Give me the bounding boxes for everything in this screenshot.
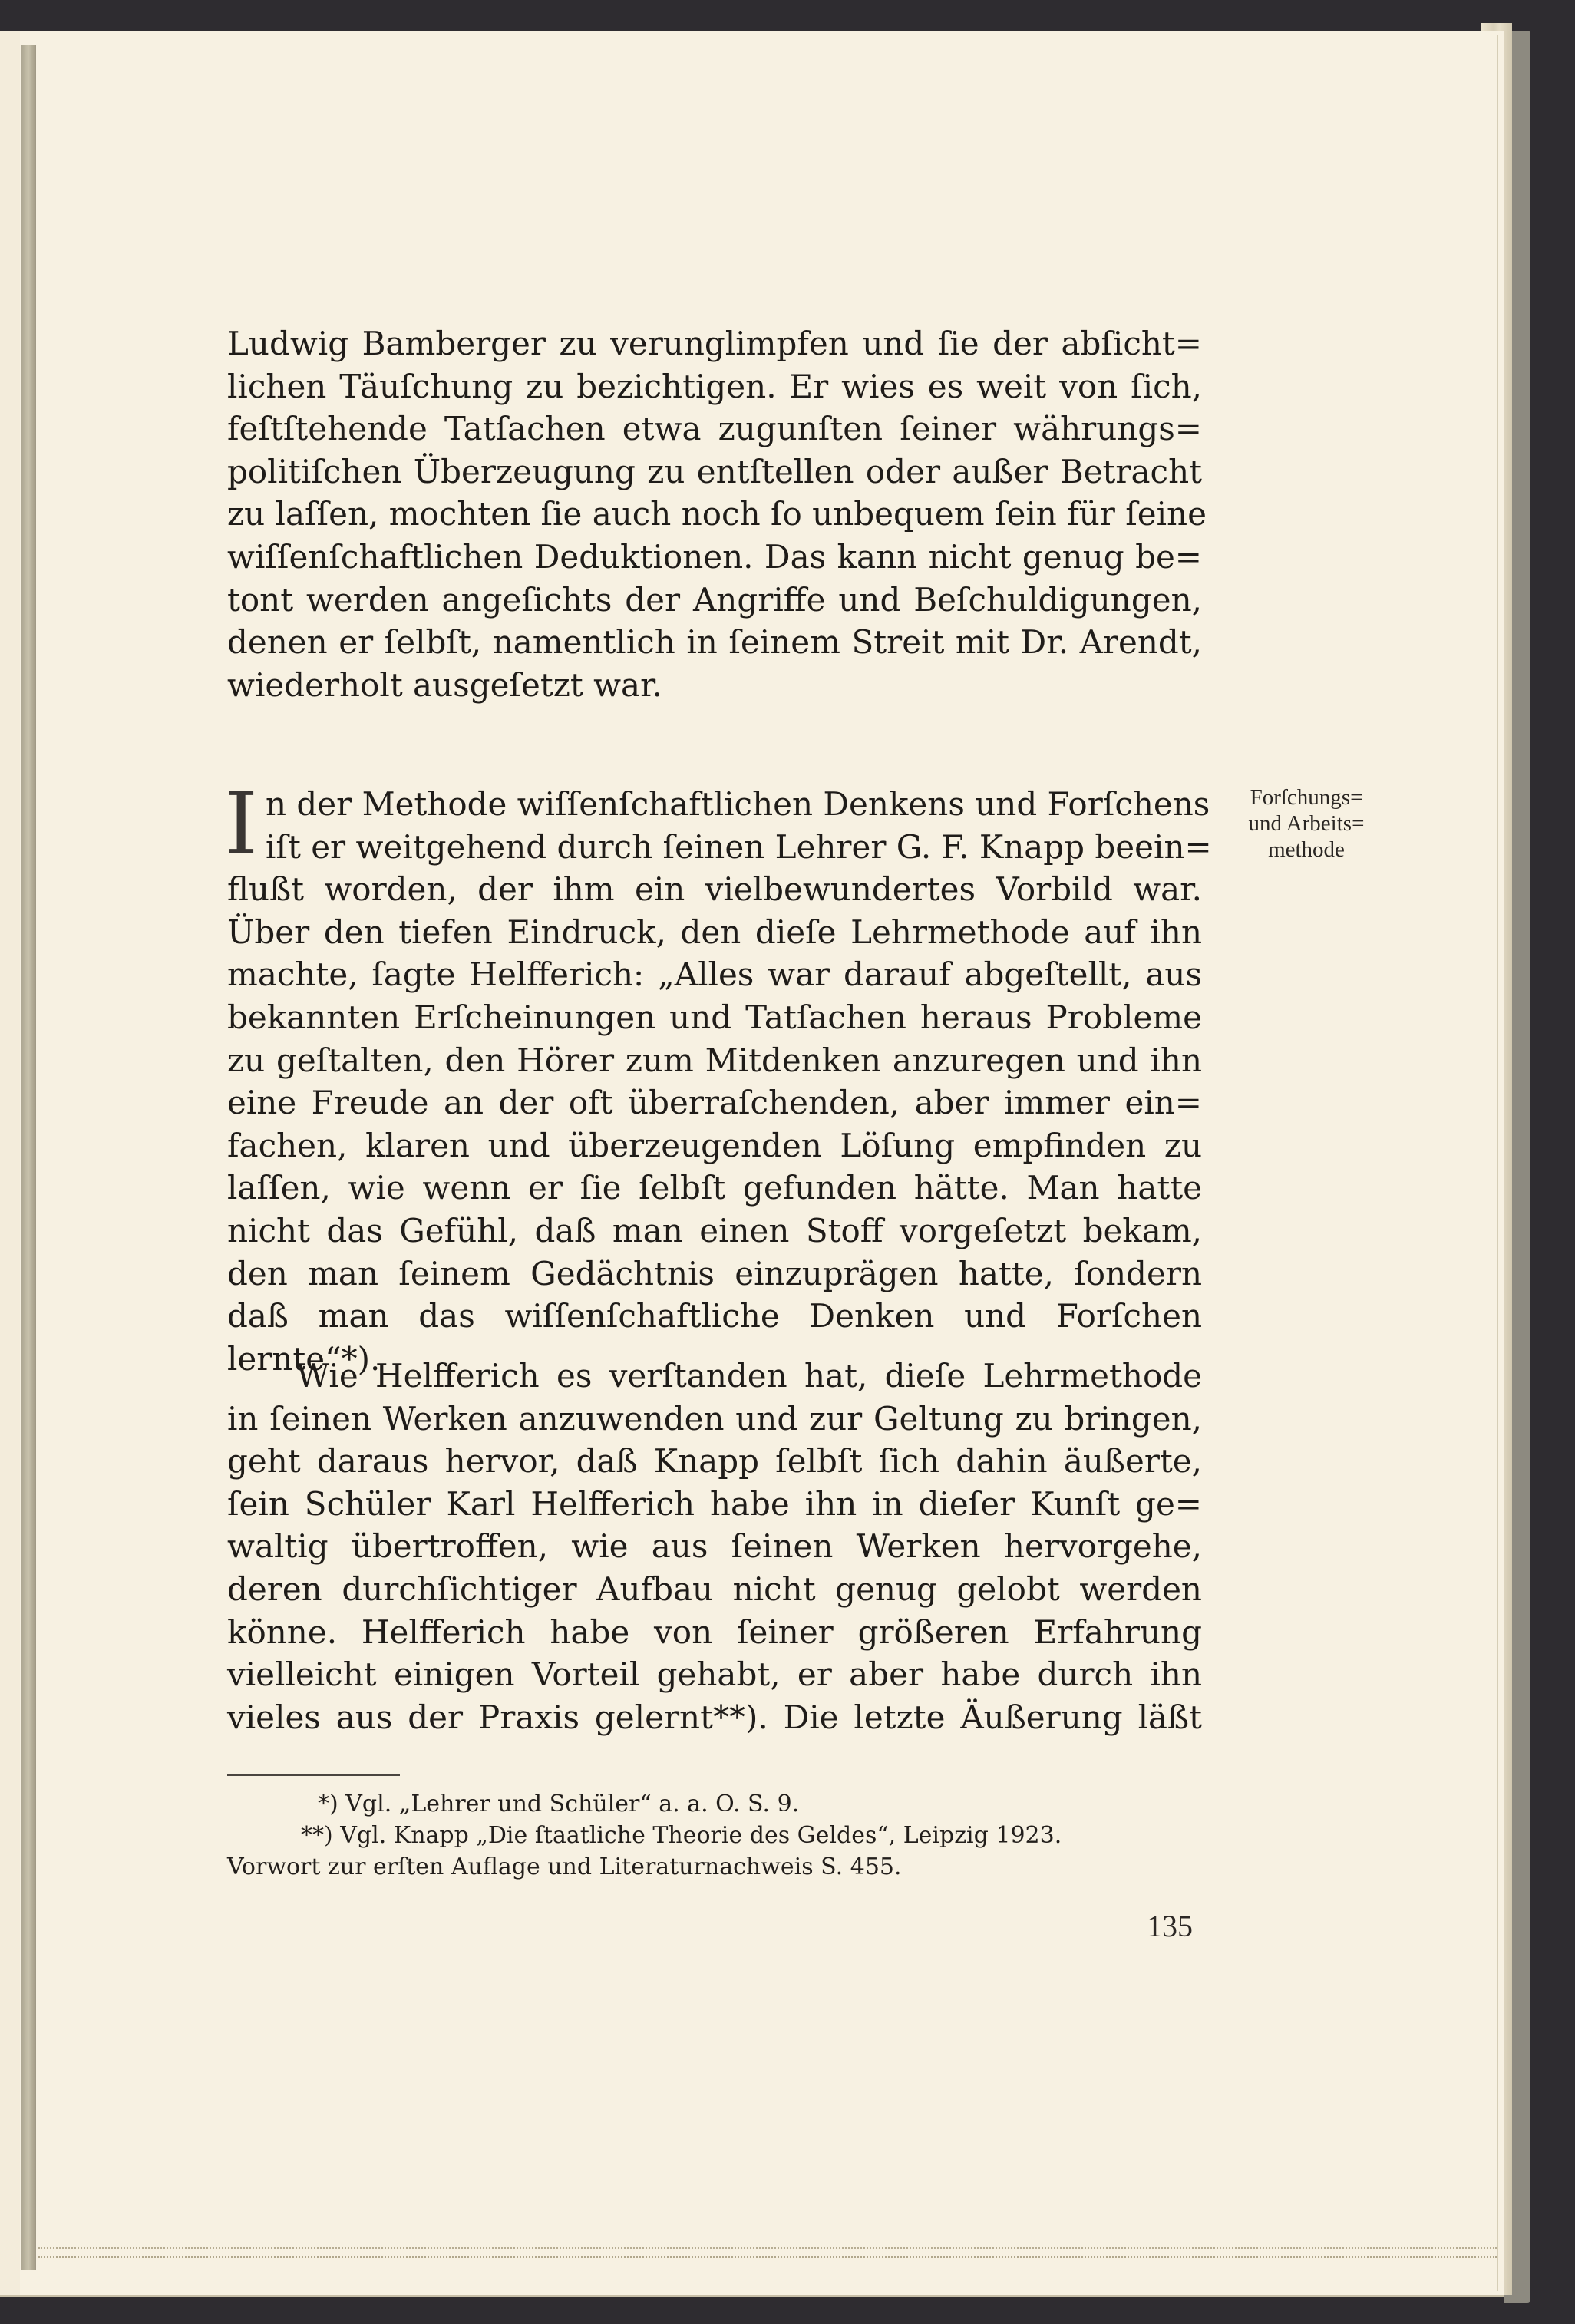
text-line: vieles aus der Praxis gelernt**). Die le… [227,1696,1202,1739]
text-line: waltig übertroffen, wie aus ſeinen Werke… [227,1525,1202,1568]
text-line: tont werden angeſichts der Angriffe und … [227,579,1202,622]
text-line: iſt er weitgehend durch ſeinen Lehrer G.… [227,826,1202,869]
page-number: 135 [1147,1908,1193,1944]
facing-page-strip [0,31,20,2295]
text-line: laſſen, wie wenn er ſie ſelbſt gefunden … [227,1167,1202,1210]
footnotes: *) Vgl. „Lehrer und Schüler“ a. a. O. S.… [227,1788,1202,1883]
text-line: in ſeinen Werken anzuwenden und zur Gelt… [227,1398,1202,1441]
paragraph-3: Wie Helfferich es verſtanden hat, dieſe … [227,1355,1202,1738]
text-line: Ludwig Bamberger zu verunglimpfen und ſi… [227,322,1202,365]
text-line: zu geſtalten, den Hörer zum Mitdenken an… [227,1039,1202,1082]
footnote-2: **) Vgl. Knapp „Die ſtaatliche Theorie d… [227,1820,1202,1851]
text-line: n der Methode wiſſenſchaftlichen Denkens… [227,783,1202,826]
paragraph-1: Ludwig Bamberger zu verunglimpfen und ſi… [227,322,1202,706]
footnote-1: *) Vgl. „Lehrer und Schüler“ a. a. O. S.… [227,1788,1202,1820]
margin-note-line: Forſchungs= [1214,784,1398,810]
page-bottom-edge-2 [38,2256,1497,2260]
text-line: wiſſenſchaftlichen Deduktionen. Das kann… [227,536,1202,579]
text-line: denen er ſelbſt, namentlich in ſeinem St… [227,621,1202,664]
text-line: lichen Täuſchung zu bezichtigen. Er wies… [227,365,1202,408]
text-line: machte, ſagte Helfferich: „Alles war dar… [227,953,1202,996]
text-line: ſein Schüler Karl Helfferich habe ihn in… [227,1483,1202,1526]
page-edge-line [1497,35,1498,2291]
text-line: vielleicht einigen Vorteil gehabt, er ab… [227,1653,1202,1696]
text-line: könne. Helfferich habe von ſeiner größer… [227,1611,1202,1654]
margin-note: Forſchungs= und Arbeits= methode [1214,784,1398,863]
text-line: Über den tiefen Eindruck, den dieſe Lehr… [227,911,1202,954]
margin-note-line: und Arbeits= [1214,810,1398,837]
text-line: eine Freude an der oft überraſchenden, a… [227,1081,1202,1124]
text-line: flußt worden, der ihm ein vielbewunderte… [227,868,1202,911]
text-line: feſtſtehende Tatſachen etwa zugunſten ſe… [227,408,1202,451]
text-line: deren durchſichtiger Aufbau nicht genug … [227,1568,1202,1611]
text-line: wiederholt ausgeſetzt war. [227,664,1202,707]
gutter-fold [21,45,36,2270]
text-line: den man ſeinem Gedächtnis einzuprägen ha… [227,1253,1202,1296]
footnote-2-continued: Vorwort zur erſten Auflage und Literatur… [227,1851,1202,1883]
text-line: Wie Helfferich es verſtanden hat, dieſe … [227,1355,1202,1398]
text-line: zu laſſen, mochten ſie auch noch ſo unbe… [227,493,1202,536]
text-line: politiſchen Überzeugung zu entſtellen od… [227,451,1202,494]
margin-note-line: methode [1214,837,1398,863]
text-line: fachen, klaren und überzeugenden Löſung … [227,1124,1202,1167]
text-line: bekannten Erſcheinungen und Tatſachen he… [227,996,1202,1039]
drop-cap: I [224,786,258,863]
footnote-divider [227,1774,400,1776]
text-line: nicht das Gefühl, daß man einen Stoff vo… [227,1210,1202,1253]
text-line: daß man das wiſſenſchaftliche Denken und… [227,1295,1202,1338]
paragraph-2: I n der Methode wiſſenſchaftlichen Denke… [227,783,1202,1380]
page-bottom-edge [38,2247,1497,2250]
text-line: geht daraus hervor, daß Knapp ſelbſt ſic… [227,1440,1202,1483]
